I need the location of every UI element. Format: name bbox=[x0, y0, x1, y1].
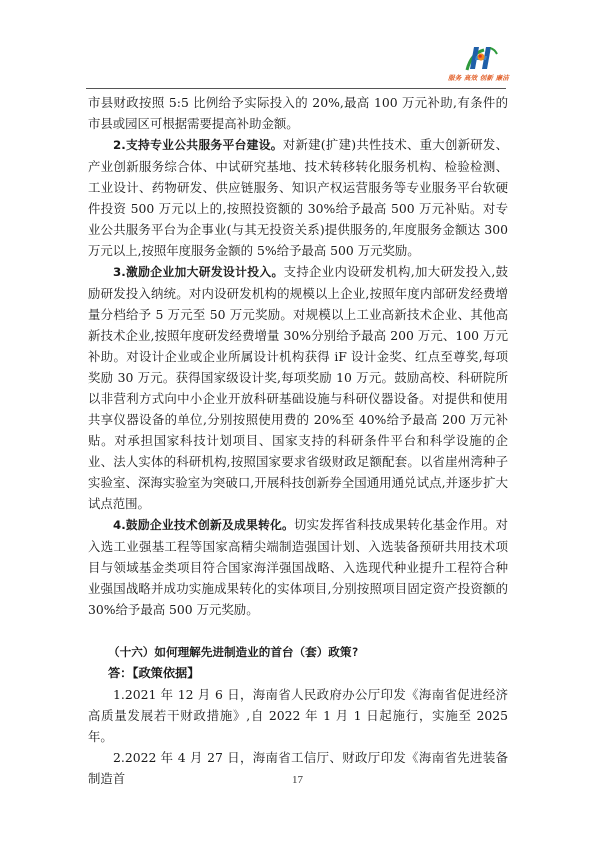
item-2-heading: 2.支持专业公共服务平台建设。 bbox=[113, 138, 283, 152]
document-body: 市县财政按照 5:5 比例给予实际投入的 20%,最高 100 万元补助,有条件… bbox=[88, 92, 508, 789]
header-logo: 服务 高效 创新 廉洁 bbox=[448, 44, 508, 84]
government-emblem-icon bbox=[464, 44, 498, 72]
item-3-text: 支持企业内设研发机构,加大研发投入,鼓励研发投入纳统。对内设研发机构的规模以上企… bbox=[88, 264, 508, 511]
item-4-text: 切实发挥省科技成果转化基金作用。对入选工业强基工程等国家高精尖端制造强国计划、入… bbox=[88, 517, 508, 617]
section-question-heading: （十六）如何理解先进制造业的首台（套）政策? bbox=[88, 642, 508, 663]
policy-basis-1: 1.2021 年 12 月 6 日，海南省人民政府办公厅印发《海南省促进经济高质… bbox=[88, 684, 508, 747]
answer-label: 答：【政策依据】 bbox=[88, 663, 508, 684]
item-4-heading: 4.鼓励企业技术创新及成果转化。 bbox=[113, 518, 294, 532]
section-spacer bbox=[88, 620, 508, 642]
page-number: 17 bbox=[0, 774, 595, 786]
item-4-paragraph: 4.鼓励企业技术创新及成果转化。切实发挥省科技成果转化基金作用。对入选工业强基工… bbox=[88, 514, 508, 620]
item-2-paragraph: 2.支持专业公共服务平台建设。对新建(扩建)共性技术、重大创新研发、产业创新服务… bbox=[88, 134, 508, 261]
header-divider bbox=[86, 88, 506, 89]
item-2-text: 对新建(扩建)共性技术、重大创新研发、产业创新服务综合体、中试研究基地、技术转移… bbox=[88, 137, 508, 258]
logo-slogan: 服务 高效 创新 廉洁 bbox=[448, 73, 509, 82]
item-3-heading: 3.激励企业加大研发设计投入。 bbox=[113, 265, 284, 279]
item-3-paragraph: 3.激励企业加大研发设计投入。支持企业内设研发机构,加大研发投入,鼓励研发投入纳… bbox=[88, 261, 508, 514]
paragraph-continuation: 市县财政按照 5:5 比例给予实际投入的 20%,最高 100 万元补助,有条件… bbox=[88, 92, 508, 134]
